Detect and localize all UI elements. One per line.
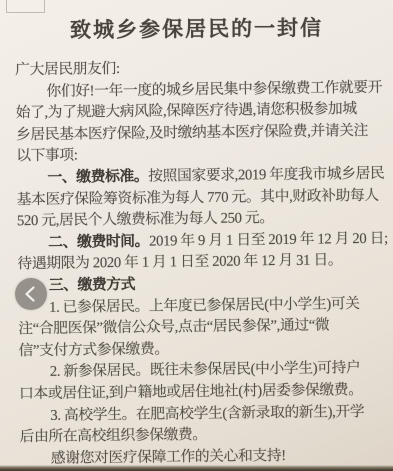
line-text: 2019 年 9 月 1 日至 2019 年 12 月 20 日; xyxy=(149,230,388,249)
line-text: 1. 已参保居民。上年度已参保居民(中小学生)可关 xyxy=(49,296,360,316)
photo-bottom-edge xyxy=(0,465,393,471)
back-button[interactable] xyxy=(15,278,47,310)
section-heading: 二、缴费时间。 xyxy=(48,233,149,250)
line-text: 按照国家要求,2019 年度我市城乡居民 xyxy=(148,166,384,185)
page-title: 致城乡参保居民的一封信 xyxy=(0,11,393,44)
line-text: 以下事项: xyxy=(16,148,78,165)
letter-photo-page: 致城乡参保居民的一封信 广大居民朋友们: 你们好!一年一度的城乡居民集中参保缴费… xyxy=(0,0,393,471)
line-text: 520 元,居民个人缴费标准为每人 250 元。 xyxy=(17,210,274,229)
page-corner-mark xyxy=(6,0,45,13)
line-text: 基本医疗保险筹资标准为每人 770 元。其中,财政补助每人 xyxy=(17,187,379,207)
section-heading: 三、缴费方式 xyxy=(49,277,136,294)
line-text: 待遇期限为 2020 年 1 月 1 日至 2020 年 12 月 31 日。 xyxy=(17,253,342,273)
line-text: 感谢您对医疗保障工作的关心和支持! xyxy=(51,448,286,467)
letter-line-item-3: 3. 高校学生。在肥高校学生(含新录取的新生),开学 xyxy=(19,401,389,427)
line-text: 你们好!一年一度的城乡居民集中参保缴费工作就要开 xyxy=(46,79,382,99)
line-text: 后由所在高校组织参保缴费。 xyxy=(20,427,207,445)
line-text: 口本或居住证,到户籍地或居住地社(村)居委参保缴费。 xyxy=(19,382,363,402)
section-heading: 一、缴费标准。 xyxy=(47,169,148,186)
line-text: 注“合肥医保”微信公众号,点击“居民参保”,通过“微 xyxy=(18,318,329,338)
letter-line: 待遇期限为 2020 年 1 月 1 日至 2020 年 12 月 31 日。 xyxy=(17,250,387,276)
line-text: 乡居民基本医疗保险,及时缴纳基本医疗保险费,并请关注 xyxy=(16,123,368,143)
chevron-left-icon xyxy=(23,285,37,303)
line-text: 信”支付方式参保缴费。 xyxy=(18,341,168,359)
letter-body: 广大居民朋友们: 你们好!一年一度的城乡居民集中参保缴费工作就要开 始了,为了规… xyxy=(15,56,390,471)
line-text: 始了,为了规避大病风险,保障医疗待遇,请您积极参加城 xyxy=(16,101,357,121)
line-text: 3. 高校学生。在肥高校学生(含新录取的新生),开学 xyxy=(50,404,364,424)
line-text: 2. 新参保居民。既往未参保居民(中小学生)可持户 xyxy=(50,360,361,380)
line-text: 广大居民朋友们: xyxy=(15,61,120,78)
